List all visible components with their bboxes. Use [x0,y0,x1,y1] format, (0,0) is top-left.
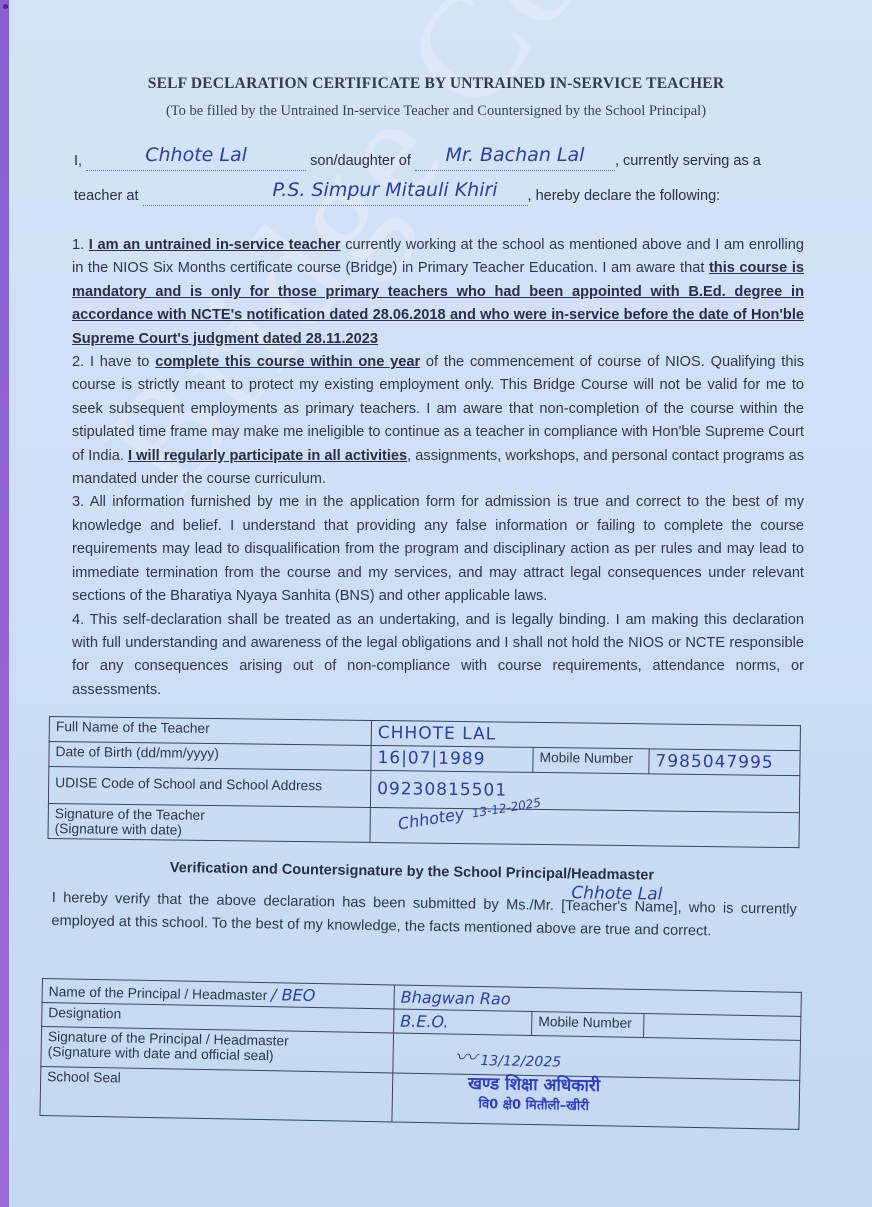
clause-text: 1. [72,237,89,253]
mobile-label: Mobile Number [533,747,649,773]
declaration-clauses: 1. I am an untrained in-service teacher … [72,234,804,702]
seal-line-2: वि0 क्षे0 मितौली–खीरी [399,1093,669,1116]
teacher-signature-value[interactable]: Chhotey 13-12-2025 [370,807,799,847]
principal-mobile-value[interactable] [644,1014,801,1041]
emphasized-text: complete this course within one year [155,354,420,370]
teacher-name-field[interactable]: Chhote Lal [86,148,306,171]
declare-label: , hereby declare the following: [528,188,721,204]
declaration-clause-3: 3. All information furnished by me in th… [72,491,804,608]
dob-handwritten: 16|07|1989 [377,748,485,769]
emphasized-text: I am an untrained in-service teacher [89,237,341,253]
clause-text: 3. All information furnished by me in th… [72,494,804,604]
principal-mobile-label: Mobile Number [532,1011,644,1037]
parent-name-handwritten: Mr. Bachan Lal [445,144,584,166]
teacher-at-label: teacher at [74,188,139,204]
page-left-edge [0,0,9,1207]
emphasized-text: I will regularly participate in all acti… [128,448,407,464]
clause-text: 2. I have to [72,354,155,370]
verification-handwritten-name: Chhote Lal [571,882,662,906]
beo-handwritten: / BEO [271,985,315,1005]
principal-signature-scribble: 〰 [454,1046,476,1071]
principal-details-table: Name of the Principal / Headmaster / BEO… [39,978,801,1130]
school-name-field[interactable]: P.S. Simpur Mitauli Khiri [143,183,528,206]
school-seal-label: School Seal [40,1066,393,1121]
teacher-signature-label: Signature of the Teacher(Signature with … [48,803,370,842]
declaration-clause-1: 1. I am an untrained in-service teacher … [72,234,804,351]
full-name-handwritten: CHHOTE LAL [378,723,497,744]
designation-handwritten: B.E.O. [400,1012,449,1032]
clause-text: 4. This self-declaration shall be treate… [72,612,804,698]
document-title: SELF DECLARATION CERTIFICATE BY UNTRAINE… [0,75,872,93]
school-seal-value: खण्ड शिक्षा अधिकारी वि0 क्षे0 मितौली–खीर… [392,1073,800,1129]
teacher-signature: Chhotey [397,804,466,834]
principal-name-handwritten: Bhagwan Rao [401,988,511,1009]
intro-prefix: I, [74,153,82,169]
official-seal-stamp: खण्ड शिक्षा अधिकारी वि0 क्षे0 मितौली–खीर… [399,1070,670,1116]
teacher-name-placeholder[interactable]: [Teacher's Name]Chhote Lal [561,898,678,916]
declaration-clause-4: 4. This self-declaration shall be treate… [72,609,804,703]
verification-text-before: I hereby verify that the above declarati… [52,890,562,914]
declaration-clause-2: 2. I have to complete this course within… [72,351,804,491]
relation-label: son/daughter of [310,153,411,169]
principal-signature-date: 13/12/2025 [480,1053,561,1070]
dob-value[interactable]: 16|07|1989 [371,745,533,772]
udise-handwritten: 09230815501 [377,779,507,801]
school-name-handwritten: P.S. Simpur Mitauli Khiri [272,179,497,201]
teacher-name-handwritten: Chhote Lal [145,144,247,166]
full-name-label: Full Name of the Teacher [49,717,371,746]
udise-label: UDISE Code of School and School Address [48,767,370,808]
intro-line-2: teacher at P.S. Simpur Mitauli Khiri, he… [74,183,814,206]
teacher-details-table: Full Name of the Teacher CHHOTE LAL Date… [47,716,800,848]
serving-label: , currently serving as a [615,153,761,169]
parent-name-field[interactable]: Mr. Bachan Lal [415,148,615,171]
intro-line-1: I, Chhote Lal son/daughter of Mr. Bachan… [74,148,814,171]
document-subtitle: (To be filled by the Untrained In-servic… [0,103,872,120]
principal-name-label-text: Name of the Principal / Headmaster [49,984,268,1003]
designation-value[interactable]: B.E.O. [394,1009,532,1036]
signature-label-line-2: (Signature with date) [55,821,364,840]
principal-signature-label: Signature of the Principal / Headmaster(… [41,1027,394,1073]
corner-dot [3,4,8,9]
